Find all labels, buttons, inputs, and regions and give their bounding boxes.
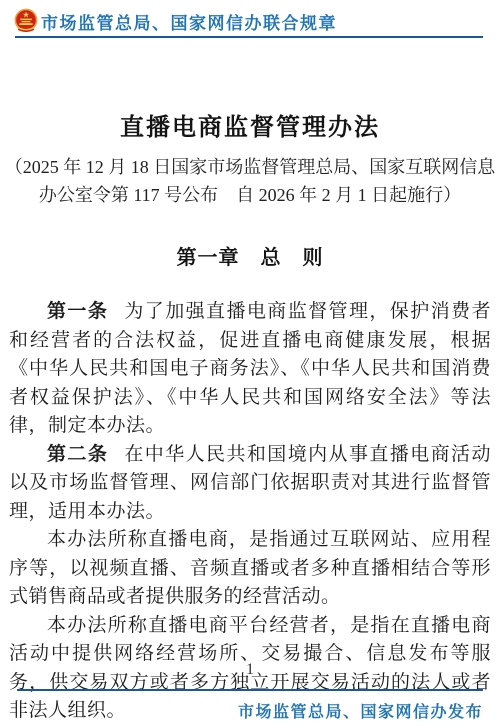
subtitle-line-2: 办公室令第 117 号公布 自 2026 年 2 月 1 日起施行） [0, 182, 500, 210]
article-label: 第一条 [47, 301, 108, 322]
header-title: 市场监管总局、国家网信办联合规章 [41, 9, 337, 34]
header-divider [15, 36, 483, 38]
document-header: 市场监管总局、国家网信办联合规章 [14, 7, 484, 35]
article-paragraph: 第一条为了加强直播电商监督管理，保护消费者和经营者的合法权益，促进直播电商健康发… [9, 298, 491, 441]
chapter-heading: 第一章 总 则 [0, 241, 500, 270]
regulation-page: 市场监管总局、国家网信办联合规章 直播电商监督管理办法 （2025 年 12 月… [0, 0, 500, 727]
page-number: 1 [0, 661, 500, 679]
national-emblem-icon [14, 8, 38, 34]
document-subtitle: （2025 年 12 月 18 日国家市场监督管理总局、国家互联网信息 办公室令… [0, 154, 500, 209]
footer-publisher: 市场监管总局、国家网信办发布 [238, 699, 483, 722]
article-paragraph: 本办法所称直播电商，是指通过互联网站、应用程序等，以视频直播、音频直播或者多种直… [9, 526, 491, 612]
footer-divider [17, 689, 483, 691]
article-paragraph: 第二条在中华人民共和国境内从事直播电商活动以及市场监督管理、网信部门依据职责对其… [9, 441, 491, 527]
subtitle-line-1: （2025 年 12 月 18 日国家市场监督管理总局、国家互联网信息 [0, 154, 500, 182]
document-title: 直播电商监督管理办法 [0, 112, 500, 144]
article-label: 第二条 [47, 444, 108, 465]
article-text: 本办法所称直播电商，是指通过互联网站、应用程序等，以视频直播、音频直播或者多种直… [9, 529, 491, 607]
